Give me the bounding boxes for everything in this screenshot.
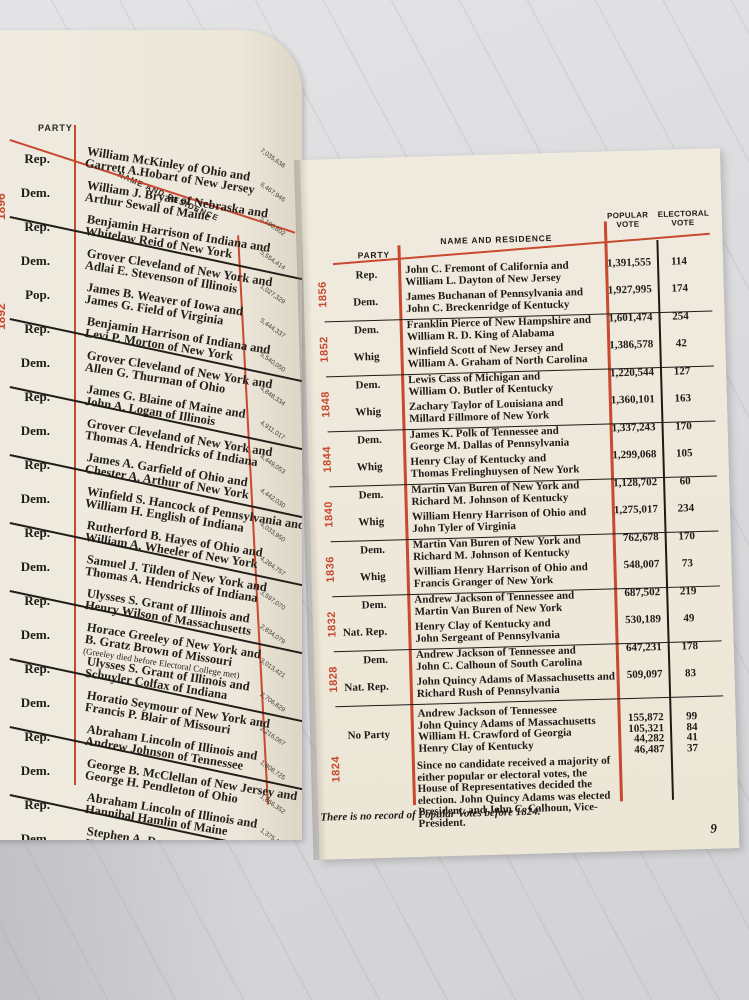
left-header-party: PARTY [38, 123, 73, 133]
name-cell: Winfield Scott of New Jersey andWilliam … [407, 342, 587, 370]
running-mate-name: Martin Van Buren of New York [415, 602, 575, 618]
popular-vote: 647,231 [598, 641, 662, 655]
party-cell: Dem. [0, 627, 60, 643]
electoral-vote: 42 [661, 337, 701, 350]
header-popular-vote: POPULAR VOTE [606, 210, 650, 229]
popular-vote: 4,911,017 [259, 419, 286, 441]
electoral-vote: 49 [669, 612, 709, 625]
popular-vote: 1,128,702 [593, 476, 657, 490]
name-cell: William Henry Harrison of Ohio andJohn T… [412, 507, 587, 535]
popular-vote: 1,220,544 [590, 366, 654, 380]
name-cell: Martin Van Buren of New York andRichard … [413, 535, 582, 563]
electoral-vote: 105 [664, 447, 704, 460]
popular-vote: 1,866,352 [259, 793, 287, 815]
party-cell: Dem. [0, 355, 60, 371]
popular-vote: 4,284,757 [259, 555, 287, 577]
left-table-row: Rep.Abraham Lincoln of Illinois andHanni… [0, 797, 302, 831]
party-cell: Dem. [326, 376, 383, 393]
left-table-row: Dem.Grover Cleveland of New York andAlle… [0, 355, 302, 389]
party-cell: No Party [336, 726, 393, 743]
name-cell: James Buchanan of Pennsylvania andJohn C… [406, 287, 584, 315]
electoral-vote: 170 [663, 420, 703, 433]
party-cell: Dem. [0, 695, 60, 711]
popular-vote: 5,190,802 [259, 215, 287, 237]
electoral-vote: 178 [670, 640, 710, 653]
party-cell: Dem. [331, 541, 388, 558]
party-cell: Rep. [0, 661, 60, 677]
left-table-row: Rep.James A. Garfield of Ohio andChester… [0, 457, 302, 491]
popular-vote: 2,706,829 [259, 691, 287, 713]
electoral-vote: 170 [666, 530, 706, 543]
popular-vote: 4,442,030 [259, 487, 287, 509]
party-cell: Whig [330, 513, 387, 530]
popular-vote: 1,601,474 [588, 311, 652, 325]
party-cell: Nat. Rep. [335, 678, 392, 695]
popular-vote: 762,678 [595, 531, 659, 545]
party-cell: Whig [331, 568, 388, 585]
party-cell: Rep. [0, 321, 60, 337]
party-cell: Rep. [0, 525, 60, 541]
party-cell: Rep. [0, 151, 60, 167]
party-cell: Dem. [0, 185, 60, 201]
party-cell: Dem. [324, 293, 381, 310]
electoral-vote: 234 [666, 502, 706, 515]
candidate-names: Andrew Jackson of Tennessee John Quincy … [417, 704, 596, 755]
left-table-row: Dem.Stephen A. Douglas of Illinois andHe… [0, 831, 302, 840]
left-table-row: Dem.Samuel J. Tilden of New York andThom… [0, 559, 302, 593]
name-cell: John Quincy Adams of Massachusetts andRi… [416, 671, 615, 700]
popular-vote: 1,027,329 [259, 283, 287, 305]
left-table-row: Dem.Grover Cleveland of New York andThom… [0, 423, 302, 457]
popular-vote: 1,808,725 [259, 759, 287, 781]
left-table-row: Dem.Winfield S. Hancock of Pennsylvania … [0, 491, 302, 525]
popular-vote: 687,502 [596, 586, 660, 600]
popular-vote-cells: 155,872 105,321 44,282 46,487 [600, 712, 665, 756]
name-cell: Franklin Pierce of New Hampshire andWill… [407, 315, 592, 343]
party-cell: Rep. [0, 593, 60, 609]
left-rows: Rep.William McKinley of Ohio andGarrett … [0, 145, 302, 840]
left-table-row: Rep.Benjamin Harrison of Indiana andWhit… [0, 219, 302, 253]
party-cell: Dem. [329, 486, 386, 503]
popular-vote: 530,189 [597, 613, 661, 627]
election-rows: 1856Rep.John C. Fremont of California an… [303, 256, 739, 832]
popular-vote: 1,360,101 [591, 393, 655, 407]
left-table-row: Rep.Ulysses S. Grant of Illinois andHenr… [0, 593, 302, 627]
party-cell: Dem. [0, 763, 60, 779]
electoral-vote: 254 [660, 310, 700, 323]
party-cell: Rep. [0, 219, 60, 235]
party-cell: Rep. [0, 457, 60, 473]
name-cell: John C. Fremont of California andWilliam… [405, 261, 569, 289]
electoral-vote: 127 [662, 365, 702, 378]
popular-vote: 2,216,067 [259, 725, 287, 747]
shadow [0, 830, 260, 1000]
left-table-row: Rep.Benjamin Harrison of Indiana andLevi… [0, 321, 302, 355]
popular-vote: 7,035,638 [259, 147, 287, 169]
left-page: PARTY NAME AND RESIDENCE 1896 1892 Rep.W… [0, 30, 302, 840]
running-mate-name: William L. Dayton of New Jersey [405, 272, 569, 288]
name-cell: Andrew Jackson of Tennessee andJohn C. C… [416, 645, 583, 673]
running-mate-name: William O. Butler of Kentucky [408, 383, 553, 399]
popular-vote: 1,337,243 [591, 421, 655, 435]
electoral-vote: 73 [667, 557, 707, 570]
popular-vote: 1,391,555 [587, 256, 651, 270]
electoral-vote-cells: 99 84 41 37 [672, 711, 713, 754]
popular-vote: 4,449,053 [259, 453, 287, 475]
party-cell: Whig [327, 403, 384, 420]
left-table-row: Dem.George B. McClellan of New Jersey an… [0, 763, 302, 797]
left-table-row: Dem.Grover Cleveland of New York andAdla… [0, 253, 302, 287]
party-cell: Whig [328, 458, 385, 475]
name-cell: James K. Polk of Tennessee andGeorge M. … [410, 426, 570, 453]
popular-vote: 3,013,421 [259, 657, 287, 679]
running-mate-name: John C. Calhoun of South Carolina [416, 657, 582, 673]
left-table-row: Dem.William J. Bryan of Nebraska andArth… [0, 185, 302, 219]
popular-vote: 1,299,068 [592, 448, 656, 462]
page-number: 9 [710, 821, 717, 837]
popular-vote: 3,597,070 [259, 589, 287, 611]
left-table-row: Dem.Horace Greeley of New York andB. Gra… [0, 627, 302, 661]
party-cell: Dem. [325, 321, 382, 338]
electoral-vote: 60 [665, 475, 705, 488]
party-cell: Whig [325, 348, 382, 365]
party-cell: Rep. [323, 266, 380, 283]
popular-vote: 4,848,334 [259, 385, 287, 407]
popular-vote: 1,275,017 [594, 503, 658, 517]
running-mate-name: George M. Dallas of Pennsylvania [410, 437, 569, 453]
party-cell: Nat. Rep. [333, 623, 390, 640]
party-cell: Dem. [0, 831, 60, 840]
electoral-vote: 114 [659, 255, 699, 268]
name-cell: Henry Clay of Kentucky andThomas Freling… [410, 452, 579, 480]
popular-vote: 2,834,079 [259, 623, 287, 645]
name-cell: Henry Clay of Kentucky andJohn Sergeant … [415, 618, 560, 645]
popular-vote: 1,927,995 [588, 283, 652, 297]
name-cell: Martin Van Buren of New York andRichard … [411, 480, 580, 508]
left-table-row: Dem.Horatio Seymour of New York andFranc… [0, 695, 302, 729]
party-cell: Dem. [0, 559, 60, 575]
left-table-row: Rep.James G. Blaine of Maine andJohn A. … [0, 389, 302, 423]
left-table-row: Pop.James B. Weaver of Iowa andJames G. … [0, 287, 302, 321]
electoral-vote: 37 [672, 742, 712, 754]
header-electoral-vote: ELECTORAL VOTE [658, 209, 708, 228]
party-cell: Rep. [0, 797, 60, 813]
popular-vote: 6,467,946 [259, 181, 287, 203]
electoral-vote: 83 [670, 667, 710, 680]
header-popular-line2: VOTE [606, 219, 650, 229]
popular-vote: 509,097 [598, 668, 662, 682]
name-cell: Lewis Cass of Michigan andWilliam O. But… [408, 371, 553, 398]
party-cell: Dem. [332, 596, 389, 613]
party-cell: Dem. [0, 253, 60, 269]
name-cell: William Henry Harrison of Ohio andFranci… [413, 562, 588, 590]
popular-vote: 548,007 [595, 558, 659, 572]
electoral-vote: 219 [668, 585, 708, 598]
popular-vote: 4,033,950 [259, 521, 287, 543]
header-electoral-line2: VOTE [658, 218, 708, 228]
electoral-vote: 174 [660, 282, 700, 295]
left-table-row: Rep.Ulysses S. Grant of Illinois andSchu… [0, 661, 302, 695]
party-cell: Dem. [0, 491, 60, 507]
popular-vote: 5,540,050 [259, 351, 287, 373]
header-name: NAME AND RESIDENCE [440, 233, 552, 246]
name-cell: Zachary Taylor of Louisiana andMillard F… [409, 398, 564, 425]
party-cell: Dem. [334, 651, 391, 668]
popular-vote: 1,386,578 [589, 338, 653, 352]
left-table-row: Rep.Abraham Lincoln of Illinois andAndre… [0, 729, 302, 763]
right-page: PARTY NAME AND RESIDENCE POPULAR VOTE EL… [300, 148, 739, 859]
party-cell: Rep. [0, 729, 60, 745]
party-cell: Dem. [328, 431, 385, 448]
left-table-row: Rep.Rutherford B. Hayes of Ohio andWilli… [0, 525, 302, 559]
popular-vote: 5,554,414 [259, 249, 287, 271]
left-table-row: Rep.William McKinley of Ohio andGarrett … [0, 151, 302, 185]
party-cell: Pop. [0, 287, 60, 303]
party-cell: Rep. [0, 389, 60, 405]
year-label: 1824 [330, 756, 343, 783]
party-cell: Dem. [0, 423, 60, 439]
name-cell: Andrew Jackson of Tennessee andMartin Va… [414, 591, 575, 618]
running-mate-name: John Sergeant of Pennsylvania [415, 629, 560, 645]
electoral-vote: 163 [663, 392, 703, 405]
running-mate-name: Millard Fillmore of New York [409, 409, 564, 425]
election-table: PARTY NAME AND RESIDENCE POPULAR VOTE EL… [301, 188, 721, 200]
popular-vote: 5,444,337 [259, 317, 287, 339]
